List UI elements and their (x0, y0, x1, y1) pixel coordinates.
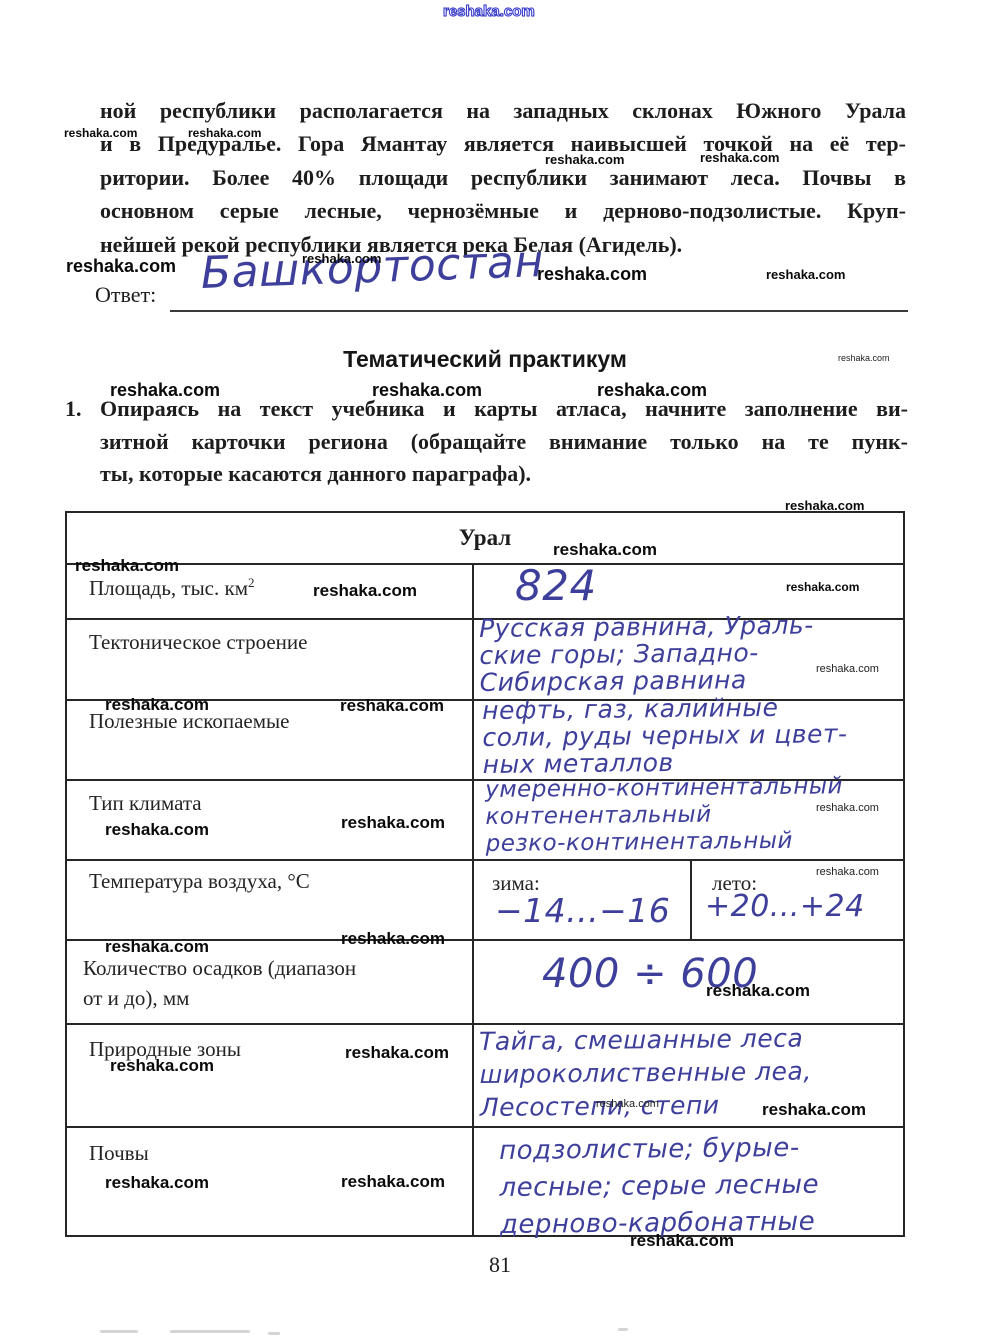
table-title: Урал (67, 525, 903, 551)
handwritten-climate-value: умеренно-континентальный контенентальный… (485, 773, 844, 858)
handwritten-summer-temp: +20...+24 (705, 889, 865, 924)
temperature-subdivider (690, 859, 692, 939)
handwritten-winter-temp: −14...−16 (495, 891, 670, 930)
row-label-climate: Тип климата (89, 791, 202, 816)
paragraph-line: ритории. Более 40% площади республики за… (100, 161, 906, 194)
watermark: reshaka.com (537, 264, 647, 285)
handwritten-zones-value: Тайга, смешанные леса широколиственные л… (479, 1022, 812, 1124)
row-divider (67, 939, 903, 941)
task-line: Опираясь на текст учебника и карты атлас… (100, 396, 908, 421)
column-divider (472, 563, 474, 1235)
row-label-natural-zones: Природные зоны (89, 1037, 241, 1062)
row-label-area: Площадь, тыс. км2 (89, 575, 255, 601)
task-number: 1. (65, 396, 82, 421)
scan-artifact (100, 1330, 138, 1333)
handwritten-area-value: 824 (515, 561, 597, 610)
paragraph-line: ной республики располагается на западных… (100, 94, 906, 127)
row-label-precipitation: Количество осадков (диапазонот и до), мм (83, 953, 356, 1013)
paragraph-line: и в Предуралье. Гора Ямантау является на… (100, 127, 906, 160)
handwritten-minerals-value: нефть, газ, калийные соли, руды черных и… (482, 693, 848, 778)
answer-label: Ответ: (95, 282, 156, 308)
task-1: 1. Опираясь на текст учебника и карты ат… (65, 393, 908, 491)
row-divider (67, 859, 903, 861)
row-label-tectonics: Тектоническое строение (89, 630, 307, 655)
intro-paragraph: ной республики располагается на западных… (100, 94, 906, 261)
handwritten-precipitation-value: 400 ÷ 600 (542, 951, 758, 997)
answer-blank-line[interactable] (170, 310, 908, 312)
paragraph-line: основном серые лесные, чернозёмные и дер… (100, 194, 906, 227)
watermark: reshaka.com (766, 267, 846, 282)
region-card-table: Урал Площадь, тыс. км2 Тектоническое стр… (65, 511, 905, 1237)
scan-artifact (268, 1332, 280, 1335)
section-title: Тематический практикум (65, 346, 905, 373)
scan-artifact (170, 1330, 250, 1333)
row-divider (67, 1126, 903, 1128)
handwritten-soils-value: подзолистые; бурые- лесные; серые лесные… (499, 1130, 820, 1244)
row-label-minerals: Полезные ископаемые (89, 709, 289, 734)
page-number: 81 (0, 1252, 1000, 1278)
watermark: reshaka.com (443, 3, 535, 20)
task-line: зитной карточки региона (обращайте внима… (65, 426, 908, 459)
scan-artifact (618, 1328, 628, 1331)
handwritten-tectonics-value: Русская равнина, Ураль- ские горы; Запад… (479, 611, 814, 695)
task-line: ты, которые касаются данного параграфа). (65, 458, 908, 491)
row-divider (67, 563, 903, 565)
answer-handwritten-value: Башкортостан (200, 236, 545, 299)
row-label-temperature: Температура воздуха, °С (89, 869, 310, 894)
superscript: 2 (248, 575, 255, 590)
row-label-soils: Почвы (89, 1141, 149, 1166)
